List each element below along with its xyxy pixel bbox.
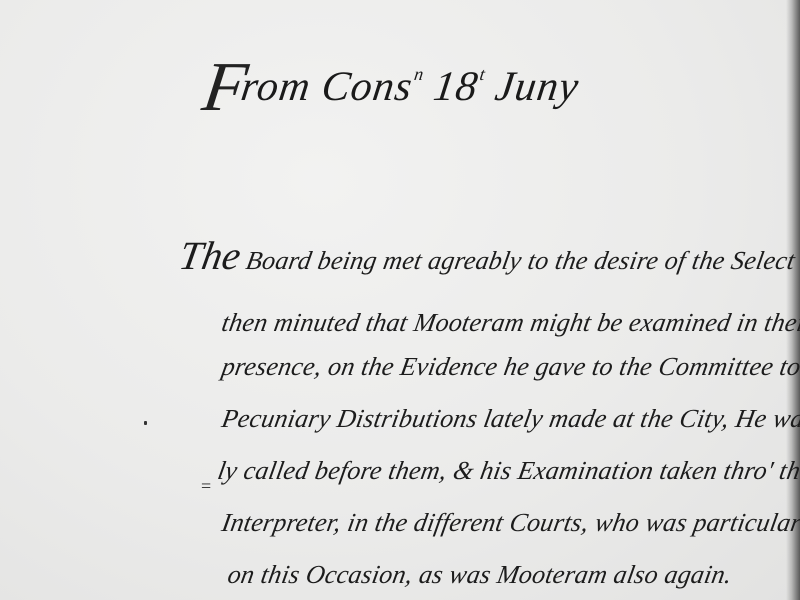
paragraph-line-4: Pecuniary Distributions lately made at t…	[219, 404, 800, 434]
heading-text: rom Cons	[238, 64, 415, 110]
paragraph-line-2: then minuted that Mooteram might be exam…	[219, 308, 800, 338]
page-heading: From Consn 18t Juny	[199, 38, 585, 118]
margin-dot-mark	[144, 421, 147, 425]
manuscript-page: From Consn 18t Juny = The Board being me…	[0, 0, 800, 600]
heading-month: Juny	[492, 64, 582, 110]
paragraph-line-1: The Board being met agreably to the desi…	[176, 232, 800, 279]
paragraph-line-5: ly called before them, & his Examination…	[215, 456, 800, 486]
paragraph-line-7: on this Occasion, as was Mooteram also a…	[225, 560, 734, 590]
heading-initial-flourish: F	[198, 49, 253, 126]
heading-superscript: n	[413, 64, 426, 84]
paragraph-line-text: Board being met agreably to the desire o…	[237, 246, 800, 275]
heading-date-day: 18	[431, 64, 481, 110]
paragraph-lead-word: The	[176, 233, 245, 278]
margin-hyphen-mark: =	[201, 476, 211, 497]
paragraph-line-6: Interpreter, in the different Courts, wh…	[219, 508, 800, 538]
heading-date-superscript: t	[478, 64, 487, 84]
paragraph-line-3: presence, on the Evidence he gave to the…	[219, 352, 800, 382]
